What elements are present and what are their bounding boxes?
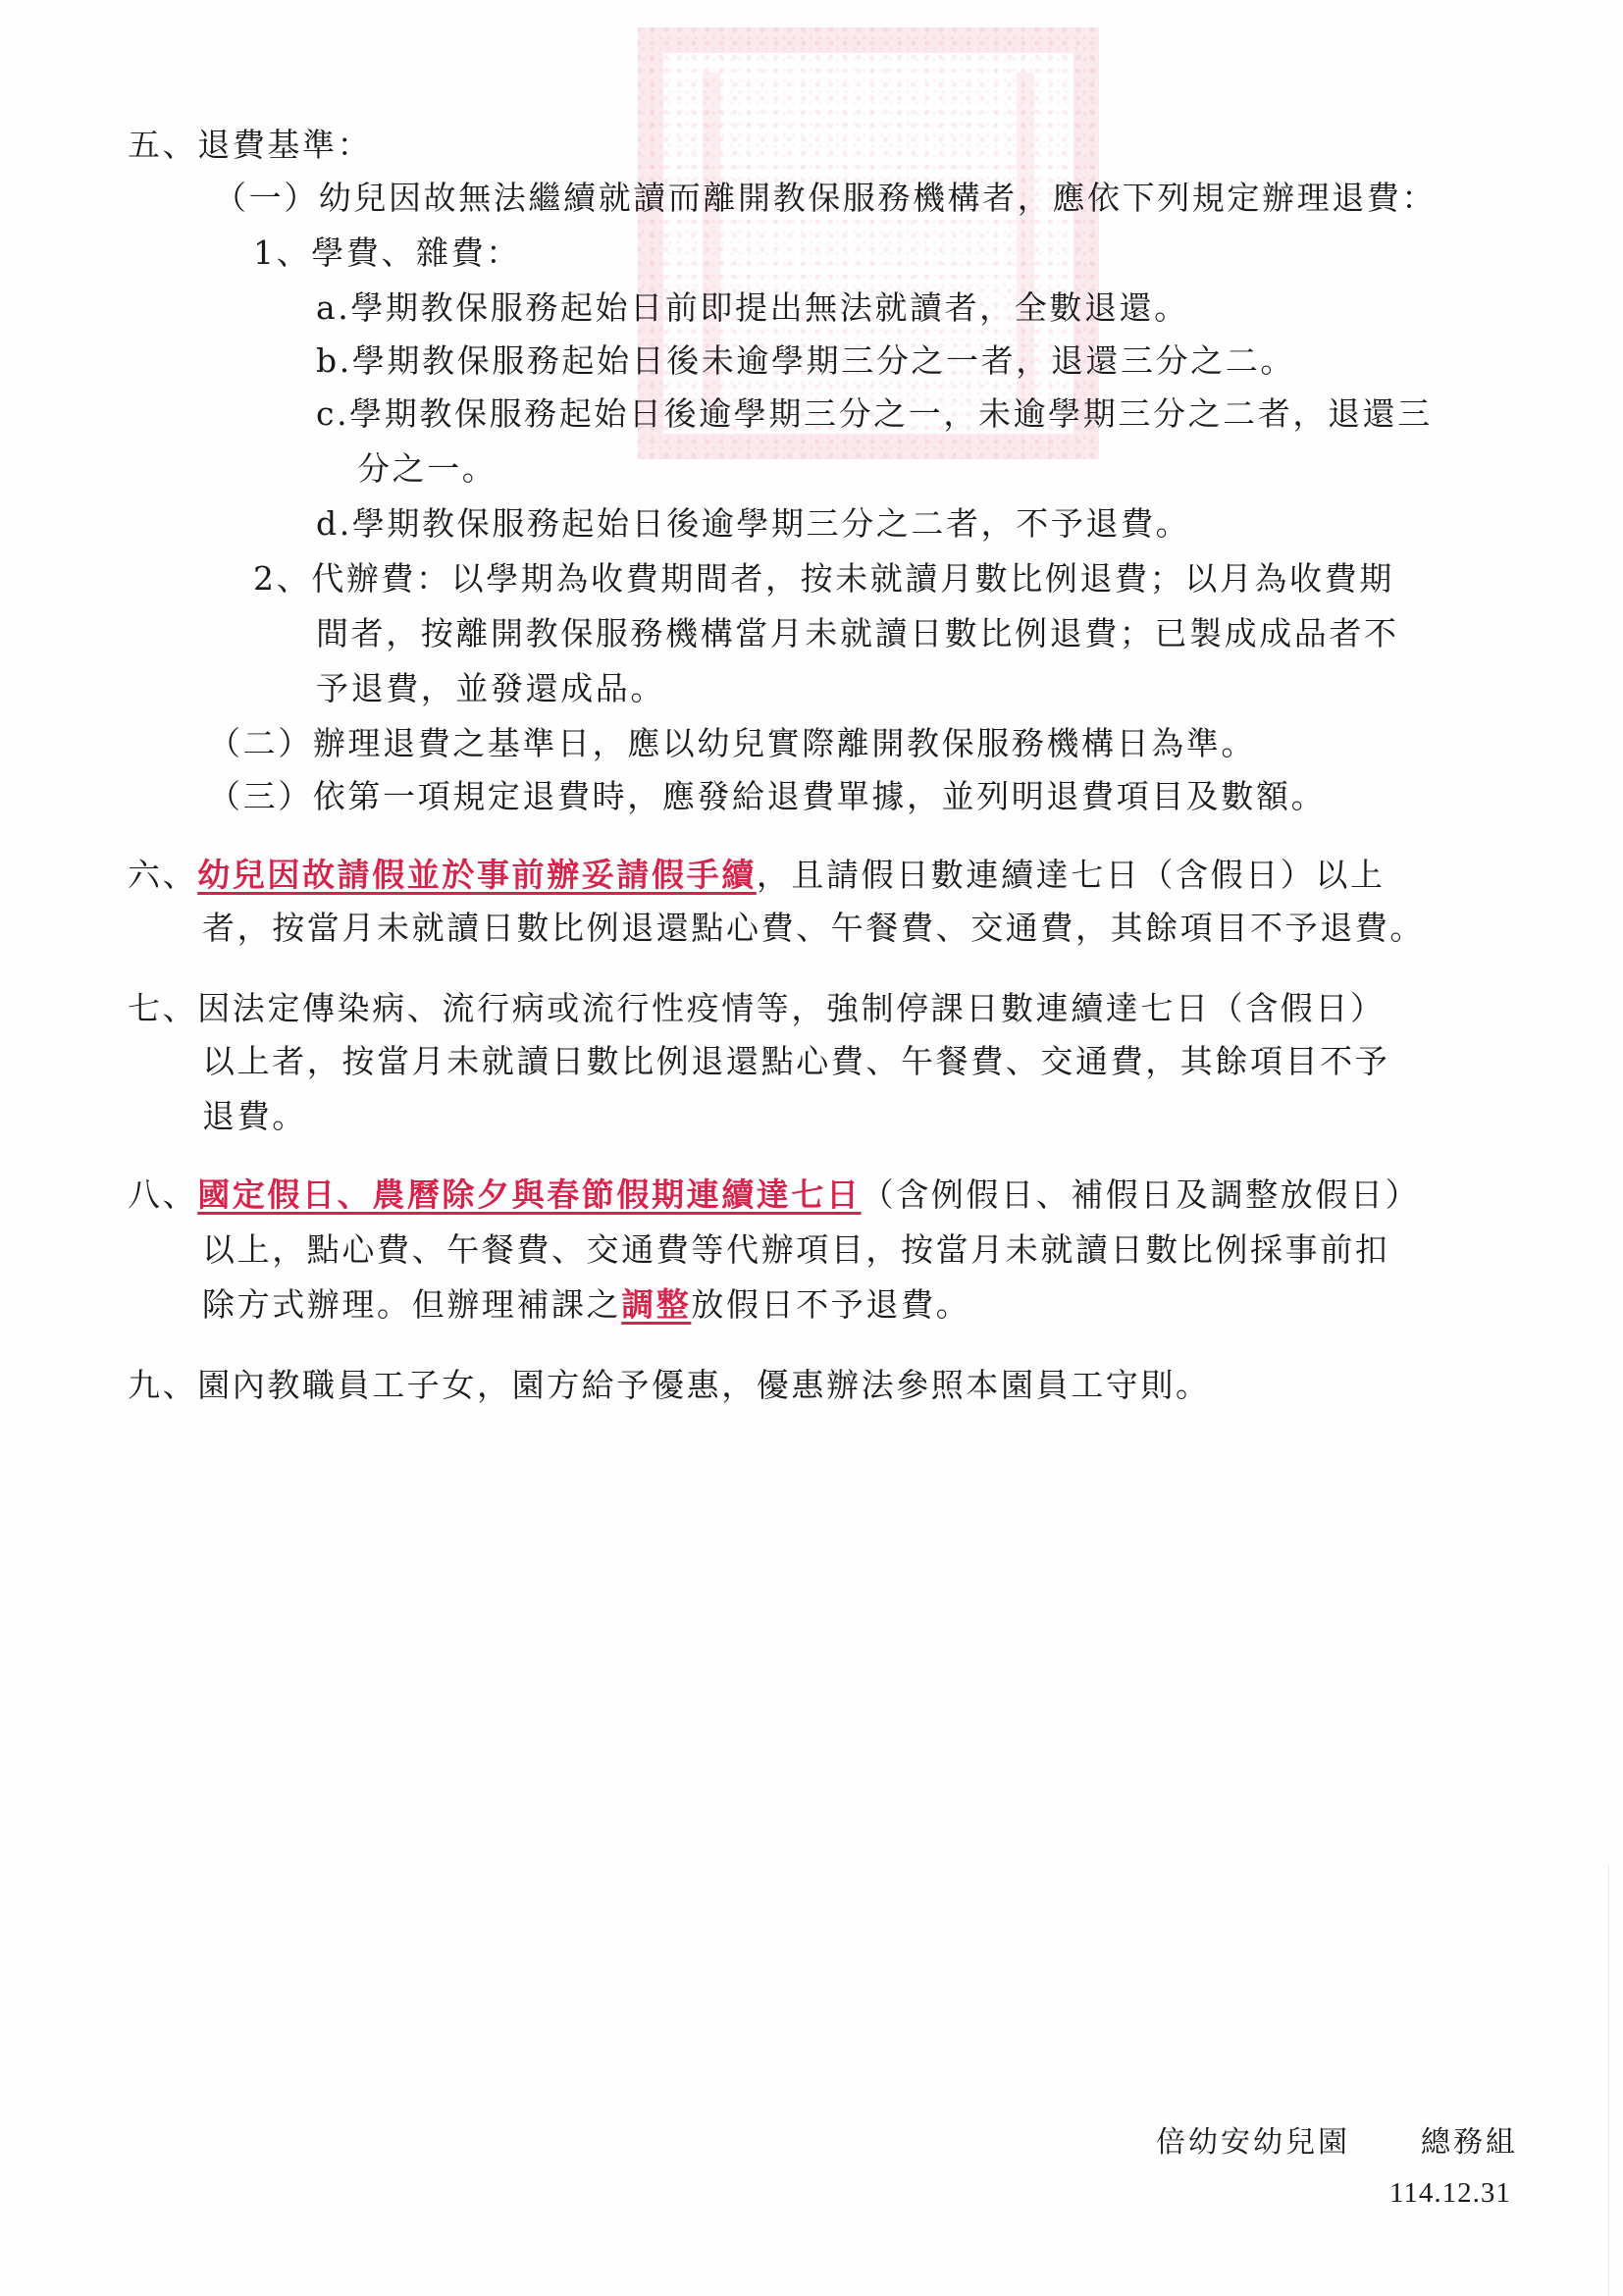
section-eight-line2: 以上，點心費、午餐費、交通費等代辦項目，按當月未就讀日數比例採事前扣 (202, 1230, 1389, 1270)
section-eight-line1: 八、國定假日、農曆除夕與春節假期連續達七日（含例假日、補假日及調整放假日） (128, 1175, 1420, 1215)
section-five-item1-c-line2: 分之一。 (357, 449, 497, 489)
section-five-item1-c-line1: c.學期教保服務起始日後逾學期三分之一，未逾學期三分之二者，退還三 (316, 394, 1433, 434)
section-five-sub3: （三）依第一項規定退費時，應發給退費單據，並列明退費項目及數額。 (208, 777, 1326, 816)
section-eight-prefix: 八、 (128, 1175, 197, 1214)
section-eight-line3-after: 放假日不予退費。 (691, 1285, 970, 1324)
section-five-item1-d: d.學期教保服務起始日後逾學期三分之二者，不予退費。 (316, 504, 1190, 544)
section-eight-line3: 除方式辦理。但辦理補課之調整放假日不予退費。 (202, 1285, 970, 1325)
section-five-item1-heading: 1、學費、雜費： (253, 234, 521, 273)
section-five-item2-line2: 間者，按離開教保服務機構當月未就讀日數比例退費；已製成成品者不 (316, 614, 1399, 653)
section-nine: 九、園內教職員工子女，園方給予優惠，優惠辦法參照本園員工守則。 (128, 1366, 1211, 1405)
section-six-highlight: 幼兒因故請假並於事前辦妥請假手續 (197, 856, 757, 894)
section-eight-line3-highlight: 調整 (621, 1285, 691, 1324)
section-five-item1-b: b.學期教保服務起始日後未逾學期三分之一者，退還三分之二。 (316, 341, 1295, 381)
section-five-item2-line1: 2、代辦費：以學期為收費期間者，按未就讀月數比例退費；以月為收費期 (253, 559, 1394, 599)
document-page: 五、退費基準： （一）幼兒因故無法繼續就讀而離開教保服務機構者，應依下列規定辦理… (0, 0, 1623, 2296)
signature-date: 114.12.31 (1389, 2176, 1511, 2210)
section-five-heading: 五、退費基準： (128, 126, 372, 165)
section-seven-line3: 退費。 (202, 1097, 307, 1136)
signature-organization: 倍幼安幼兒園 (1156, 2125, 1350, 2161)
signature-department: 總務組 (1421, 2125, 1518, 2161)
section-six-line1: 六、幼兒因故請假並於事前辦妥請假手續，且請假日數連續達七日（含假日）以上 (128, 856, 1386, 895)
scan-edge-line (1608, 1864, 1609, 2296)
section-five-item2-line3: 予退費，並發還成品。 (316, 669, 665, 708)
section-eight-line1-rest: （含例假日、補假日及調整放假日） (862, 1175, 1421, 1214)
section-six-prefix: 六、 (128, 856, 197, 894)
section-six-line2: 者，按當月未就讀日數比例退還點心費、午餐費、交通費，其餘項目不予退費。 (202, 909, 1425, 948)
section-five-sub2: （二）辦理退費之基準日，應以幼兒實際離開教保服務機構日為準。 (208, 724, 1256, 763)
section-six-line1-rest: ，且請假日數連續達七日（含假日）以上 (757, 856, 1386, 894)
section-five-item1-a: a.學期教保服務起始日前即提出無法就讀者，全數退還。 (316, 288, 1189, 328)
section-seven-line2: 以上者，按當月未就讀日數比例退還點心費、午餐費、交通費，其餘項目不予 (202, 1042, 1389, 1081)
section-eight-highlight: 國定假日、農曆除夕與春節假期連續達七日 (197, 1175, 861, 1214)
section-five-sub1: （一）幼兒因故無法繼續就讀而離開教保服務機構者，應依下列規定辦理退費： (214, 179, 1437, 218)
section-seven-line1: 七、因法定傳染病、流行病或流行性疫情等，強制停課日數連續達七日（含假日） (128, 989, 1386, 1028)
section-eight-line3-before: 除方式辦理。但辦理補課之 (202, 1285, 621, 1324)
